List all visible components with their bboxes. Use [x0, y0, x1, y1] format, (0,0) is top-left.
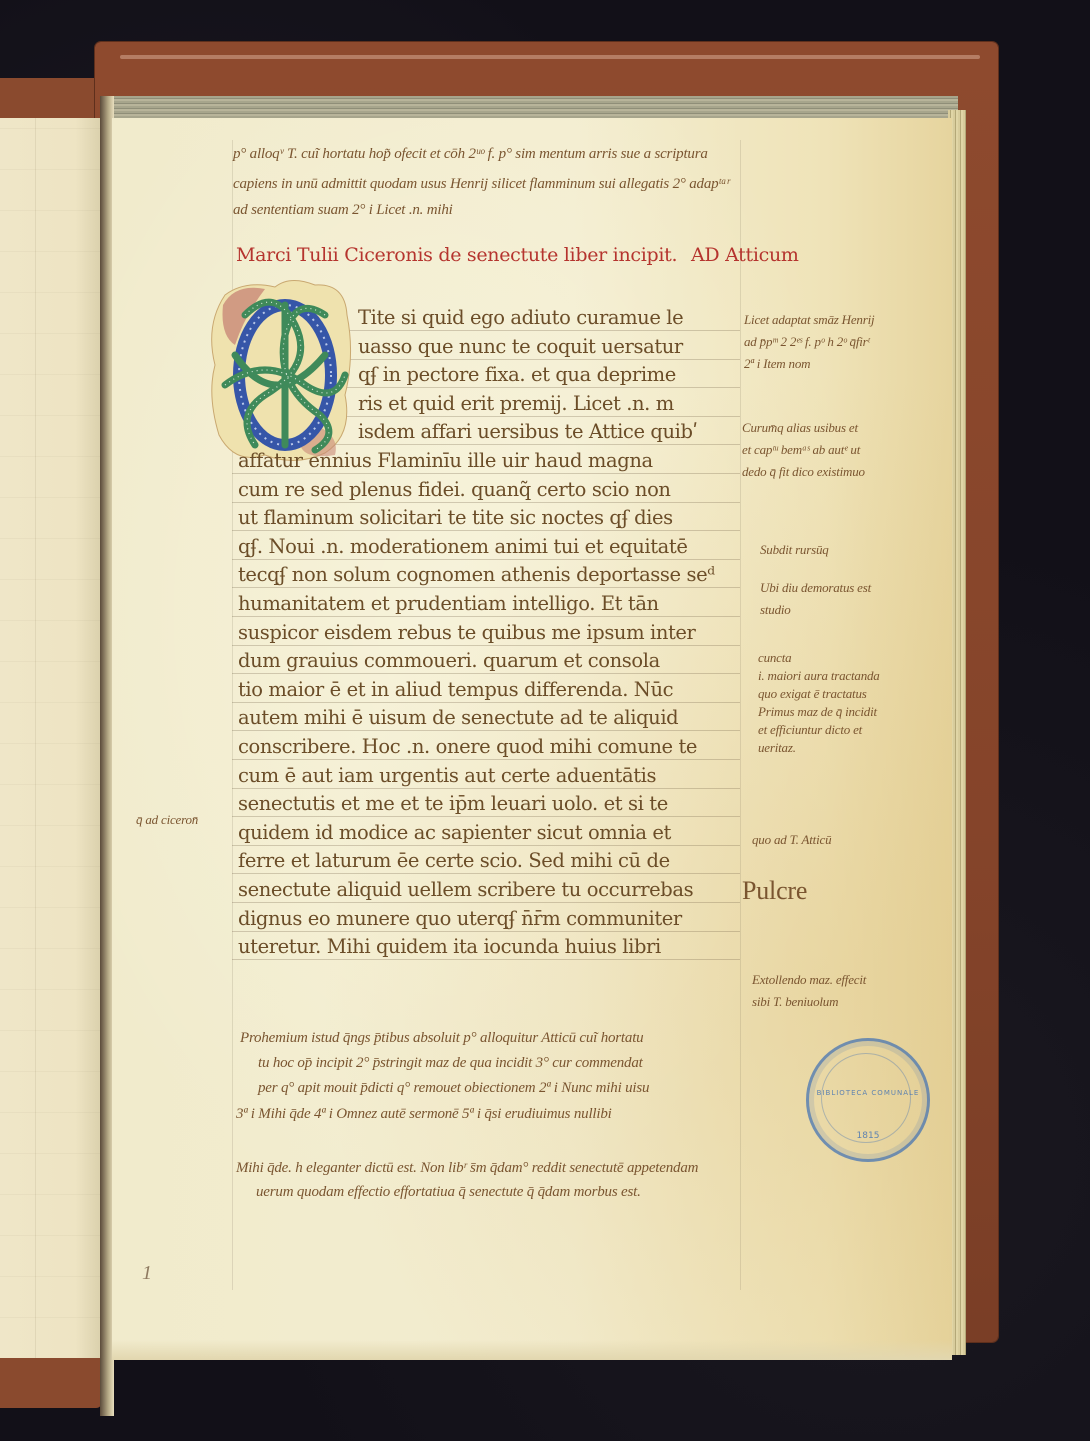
left-page-verso [0, 118, 108, 1358]
ruling-line [232, 845, 740, 846]
bottom-annotation-line: Mihi q̄de. h eleganter dictū est. Non l… [236, 1160, 698, 1177]
margin-note-line: cuncta [758, 650, 791, 666]
main-text-line: senectutis et me et te ip̄m leuari uolo.… [238, 792, 668, 815]
rubric-heading: Marci Tulii Ciceronis de senectute liber… [236, 244, 799, 266]
ruling-line [232, 788, 740, 789]
folio-number: 1 [142, 1262, 152, 1285]
cover-highlight [120, 55, 980, 59]
margin-note-line: Curum̄q alias usibus et [742, 420, 858, 436]
margin-note-line: Primus maz de q̄ incidit [758, 704, 877, 720]
main-text-line: suspicor eisdem rebus te quibus me ipsum… [238, 621, 695, 644]
ruling-line [232, 959, 740, 960]
margin-note-line: ueritaz. [758, 740, 796, 756]
main-text-line: isdem affari uersibus te Attice quibʹ [358, 420, 698, 443]
stamp-year: 1815 [809, 1131, 927, 1141]
main-text-line: dum grauius commoueri. quarum et consola [238, 649, 660, 672]
margin-note-line: 2ª i Item nom [744, 356, 810, 372]
margin-note-line: ad p̄pᵐ 2 2ᵉˢ f. pᵒ h 2ᵒ q̄firᵗ [744, 334, 870, 350]
bottom-annotation-line: per q° apit mouit p̄dicti q° remouet obi… [258, 1080, 649, 1097]
main-text-line: tecqʄ non solum cognomen athenis deporta… [238, 563, 715, 586]
library-stamp-icon: BIBLIOTECA COMUNALE 1815 [806, 1038, 930, 1162]
ruling-line [232, 502, 740, 503]
margin-note-line: studio [760, 602, 791, 618]
ruling-line [232, 759, 740, 760]
main-text-line: autem mihi ē uisum de senectute ad te a… [238, 706, 678, 729]
margin-note-line: quo exigat ē tractatus [758, 686, 867, 702]
top-annotation-line: ad sententiam suam 2° i Licet .n. mihi [233, 202, 453, 219]
main-text-line: conscribere. Hoc .n. onere quod mihi com… [238, 735, 697, 758]
page-edges-top [108, 96, 958, 120]
margin-note-line: Ubi diu demoratus est [760, 580, 871, 596]
top-annotation-line: capiens in unū admittit quodam usus Hen… [233, 176, 730, 193]
ruling-line [232, 616, 740, 617]
margin-note-line: Extollendo maz. effecit [752, 972, 866, 988]
main-text-line: dignus eo munere quo uterqʄ n̄r̄m commun… [238, 907, 682, 930]
main-text-line: uasso que nunc te coquit uersatur [358, 335, 683, 358]
ruling-line [232, 473, 740, 474]
top-annotation-line: p° alloqᵛ T. cuĩ hortatu hop̃ ofecit et… [233, 146, 708, 163]
left-margin-note: q̄ ad ciceron̄ [136, 812, 198, 828]
main-text-line: uteretur. Mihi quidem ita iocunda huius … [238, 935, 661, 958]
rubric-title: Marci Tulii Ciceronis de senectute liber… [236, 244, 677, 266]
bottom-annotation-line: Prohemium istud q̄ngs p̄tibus absoluit p… [240, 1030, 643, 1047]
ruling-line [232, 530, 740, 531]
margin-note-line: Licet adaptat smāz Henrij [744, 312, 874, 328]
margin-note-line: i. maiori aura tractanda [758, 668, 880, 684]
main-text-line: cum ē aut iam urgentis aut certe aduent… [238, 764, 656, 787]
page-bottom-edge [112, 1340, 952, 1360]
main-text-line: senectute aliquid uellem scribere tu occ… [238, 878, 693, 901]
margin-note-line: et capᵗᵘ bemᵃˢ ab autᵉ ut [742, 442, 860, 458]
rubric-dedication: AD Atticum [691, 244, 799, 266]
margin-note-line: Subdit rursūq [760, 542, 829, 558]
main-text-line: quidem id modice ac sapienter sicut omni… [238, 821, 671, 844]
main-text-line: Tite si quid ego adiuto curamue le [358, 306, 683, 329]
ruling-vertical-right [740, 140, 741, 1290]
margin-note-line: Pulcre [742, 876, 807, 906]
ruling-line [232, 931, 740, 932]
margin-note-line: quo ad T. Atticū [752, 832, 831, 848]
main-text-line: cum re sed plenus fidei. quanq̃ certo sc… [238, 478, 671, 501]
ruling-line [232, 645, 740, 646]
margin-note-line: et efficiuntur dicto et [758, 722, 862, 738]
bottom-annotation-line: tu hoc op̄ incipit 2° p̄stringit maz de … [258, 1055, 643, 1072]
margin-note-line: sibi T. beniuolum [752, 994, 838, 1010]
main-text-line: ferre et laturum ēe certe scio. Sed mih… [238, 849, 670, 872]
ruling-line [232, 673, 740, 674]
main-text-line: qʄ in pectore fixa. et qua deprime [358, 363, 676, 386]
bottom-annotation-line: 3ª i Mihi q̄de 4ª i Omnez autē sermonē… [236, 1106, 612, 1123]
ruling-line [232, 816, 740, 817]
main-text-line: affatur ennius Flaminīu ille uir haud m… [238, 449, 653, 472]
ruling-line [232, 730, 740, 731]
main-text-line: tio maior ē et in aliud tempus differen… [238, 678, 673, 701]
ruling-line [232, 559, 740, 560]
ruling-line [232, 902, 740, 903]
stamp-text: BIBLIOTECA COMUNALE [809, 1089, 927, 1097]
main-text-line: qʄ. Noui .n. moderationem animi tui et e… [238, 535, 687, 558]
decorated-initial-o-icon [205, 275, 355, 465]
main-text-line: humanitatem et prudentiam intelligo. Et … [238, 592, 659, 615]
main-text-line: ris et quid erit premij. Licet .n. m [358, 392, 674, 415]
ruling-line [232, 702, 740, 703]
ruling-line [232, 873, 740, 874]
margin-note-line: dedo q̄ fit dico existimuo [742, 464, 865, 480]
bottom-annotation-line: uerum quodam effectio effortatiua q̄ sen… [256, 1184, 641, 1201]
ruling-line [232, 587, 740, 588]
main-text-line: ut flaminum solicitari te tite sic nocte… [238, 506, 673, 529]
